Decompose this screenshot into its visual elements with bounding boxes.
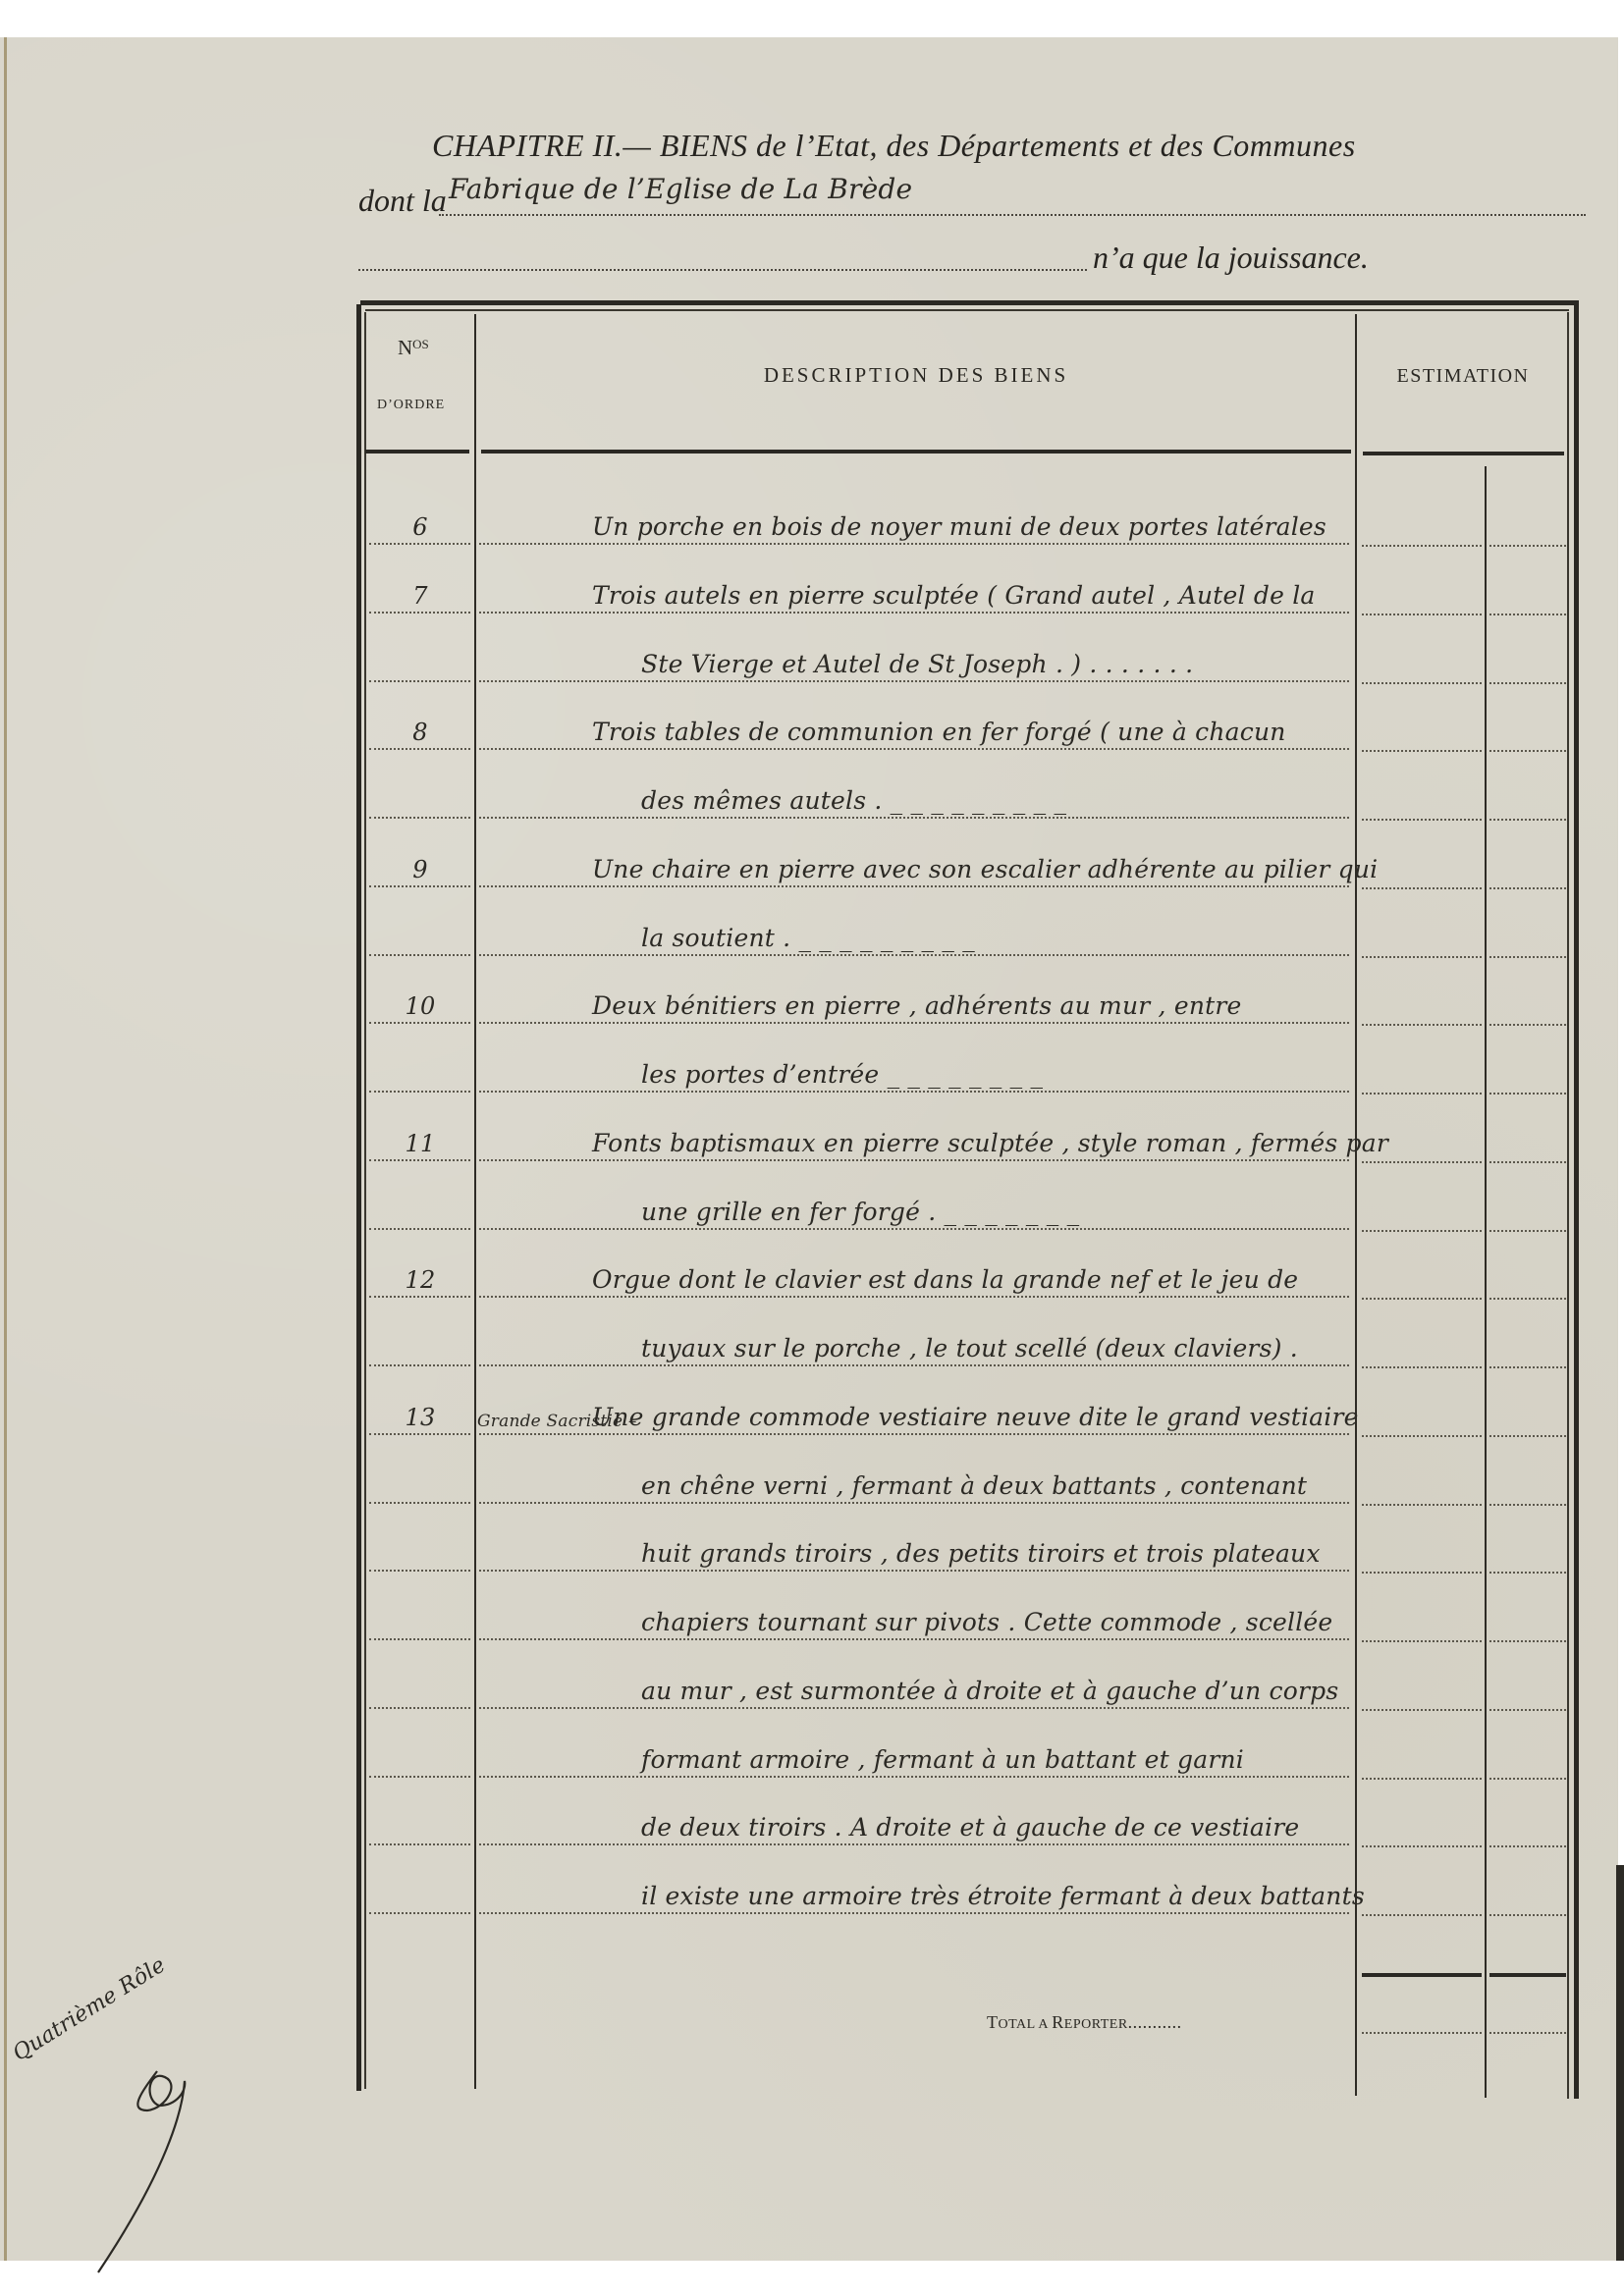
table-right-inner-border	[1567, 312, 1569, 2099]
row-description: chapiers tournant sur pivots . Cette com…	[641, 1608, 1332, 1636]
table-row: tuyaux sur le porche , le tout scellé (d…	[366, 1298, 1566, 1366]
nos-label: N	[398, 336, 412, 359]
dont-label: dont la	[358, 183, 447, 219]
row-description: Une chaire en pierre avec son escalier a…	[592, 855, 1378, 883]
estimation-subtotal-rule	[1362, 1973, 1482, 1977]
row-number: 9	[366, 856, 474, 883]
jouissance-text: n’a que la jouissance.	[1093, 240, 1369, 276]
row-rule-description	[479, 1912, 1349, 1914]
row-rule-estimation-cents	[1489, 1914, 1566, 1916]
table-row: 13Grande Sacristie –Une grande commode v…	[366, 1366, 1566, 1435]
chapter-title: CHAPITRE II.— BIENS de l’Etat, des Dépar…	[432, 128, 1591, 164]
row-description: les portes d’entrée _ _ _ _ _ _ _ _	[641, 1060, 1043, 1089]
row-description: Deux bénitiers en pierre , adhérents au …	[592, 991, 1242, 1020]
row-description: Ste Vierge et Autel de St Joseph . ) . .…	[641, 650, 1193, 678]
table-row: 11Fonts baptismaux en pierre sculptée , …	[366, 1093, 1566, 1161]
chapter-heading: CHAPITRE II.— BIENS	[432, 128, 747, 163]
table-right-border	[1574, 300, 1579, 2099]
chapter-subtitle: de l’Etat, des Départements et des Commu…	[747, 128, 1355, 163]
row-description: Trois autels en pierre sculptée ( Grand …	[592, 581, 1316, 610]
row-description: des mêmes autels . _ _ _ _ _ _ _ _ _	[641, 786, 1066, 815]
row-number: 13	[366, 1404, 474, 1431]
row-number: 12	[366, 1266, 474, 1294]
fabrique-line: dont la Fabrique de l’Eglise de La Brède	[358, 179, 1586, 222]
table-row: la soutient . _ _ _ _ _ _ _ _ _	[366, 887, 1566, 956]
table-row: 7Trois autels en pierre sculptée ( Grand…	[366, 545, 1566, 614]
row-description: Une grande commode vestiaire neuve dite …	[592, 1403, 1359, 1431]
table-row: 10Deux bénitiers en pierre , adhérents a…	[366, 955, 1566, 1024]
table-row: les portes d’entrée _ _ _ _ _ _ _ _	[366, 1024, 1566, 1093]
total-label-r: R	[1052, 2012, 1064, 2032]
row-rule-estimation	[1362, 1914, 1482, 1916]
fabrique-handwritten-name: Fabrique de l’Eglise de La Brède	[449, 173, 912, 205]
fabrique-field: Fabrique de l’Eglise de La Brède	[439, 179, 1586, 216]
column-header-nos: NOS	[398, 336, 429, 360]
page-right-edge	[1616, 1865, 1624, 2261]
table-row: une grille en fer forgé . _ _ _ _ _ _ _	[366, 1161, 1566, 1230]
row-description: il existe une armoire très étroite ferma…	[641, 1882, 1365, 1910]
total-label-dots: ...........	[1128, 2012, 1182, 2032]
table-top-border	[360, 300, 1578, 305]
row-description: Fonts baptismaux en pierre sculptée , st…	[592, 1129, 1388, 1157]
table-top-inner-border	[365, 309, 1569, 311]
jouissance-blank-field	[358, 236, 1087, 271]
table-row: il existe une armoire très étroite ferma…	[366, 1845, 1566, 1914]
header-rule-number	[365, 450, 469, 454]
row-rule-number	[369, 1912, 470, 1914]
table-row: en chêne verni , fermant à deux battants…	[366, 1435, 1566, 1504]
estimation-cents-subtotal-rule	[1489, 1973, 1566, 1977]
column-header-ordre: D’ORDRE	[377, 398, 445, 413]
row-description: la soutient . _ _ _ _ _ _ _ _ _	[641, 924, 975, 952]
table-row: de deux tiroirs . A droite et à gauche d…	[366, 1777, 1566, 1845]
table-row: 9Une chaire en pierre avec son escalier …	[366, 819, 1566, 887]
total-label-t: T	[987, 2012, 999, 2032]
row-description: huit grands tiroirs , des petits tiroirs…	[641, 1539, 1321, 1568]
row-description: tuyaux sur le porche , le tout scellé (d…	[641, 1334, 1298, 1362]
row-description: formant armoire , fermant à un battant e…	[641, 1745, 1244, 1774]
row-description: Un porche en bois de noyer muni de deux …	[592, 512, 1326, 541]
row-number: 6	[366, 513, 474, 541]
row-description: au mur , est surmontée à droite et à gau…	[641, 1677, 1338, 1705]
table-row: des mêmes autels . _ _ _ _ _ _ _ _ _	[366, 750, 1566, 819]
row-number: 10	[366, 992, 474, 1020]
jouissance-line: n’a que la jouissance.	[358, 236, 1438, 279]
total-a-reporter-label: TOTAL A REPORTER...........	[987, 2012, 1182, 2033]
row-description: en chêne verni , fermant à deux battants…	[641, 1471, 1307, 1500]
row-description: Trois tables de communion en fer forgé (…	[592, 718, 1286, 746]
total-label-otal: OTAL A	[999, 2017, 1053, 2032]
header-rule-estimation	[1363, 452, 1564, 455]
table-row: 6Un porche en bois de noyer muni de deux…	[366, 476, 1566, 545]
total-estimation-cents-field	[1489, 2032, 1566, 2034]
table-row: formant armoire , fermant à un battant e…	[366, 1709, 1566, 1778]
column-header-estimation: ESTIMATION	[1359, 365, 1567, 388]
row-description: de deux tiroirs . A droite et à gauche d…	[641, 1813, 1299, 1842]
column-header-description: DESCRIPTION DES BIENS	[481, 363, 1351, 388]
table-row: chapiers tournant sur pivots . Cette com…	[366, 1572, 1566, 1640]
table-left-border	[356, 304, 361, 2091]
row-number: 8	[366, 719, 474, 746]
total-estimation-field	[1362, 2032, 1482, 2034]
row-description: Orgue dont le clavier est dans la grande…	[592, 1265, 1298, 1294]
nos-superscript: OS	[412, 337, 429, 351]
page-left-edge	[4, 37, 7, 2261]
row-number: 7	[366, 582, 474, 610]
signature-initial-icon	[88, 2052, 206, 2277]
row-description: une grille en fer forgé . _ _ _ _ _ _ _	[641, 1198, 1079, 1226]
table-row: au mur , est surmontée à droite et à gau…	[366, 1640, 1566, 1709]
header-rule-description	[481, 450, 1351, 454]
total-label-eporter: EPORTER	[1064, 2017, 1128, 2032]
row-number: 11	[366, 1130, 474, 1157]
table-row: 12Orgue dont le clavier est dans la gran…	[366, 1229, 1566, 1298]
table-row: Ste Vierge et Autel de St Joseph . ) . .…	[366, 614, 1566, 682]
table-row: huit grands tiroirs , des petits tiroirs…	[366, 1503, 1566, 1572]
table-row: 8Trois tables de communion en fer forgé …	[366, 681, 1566, 750]
